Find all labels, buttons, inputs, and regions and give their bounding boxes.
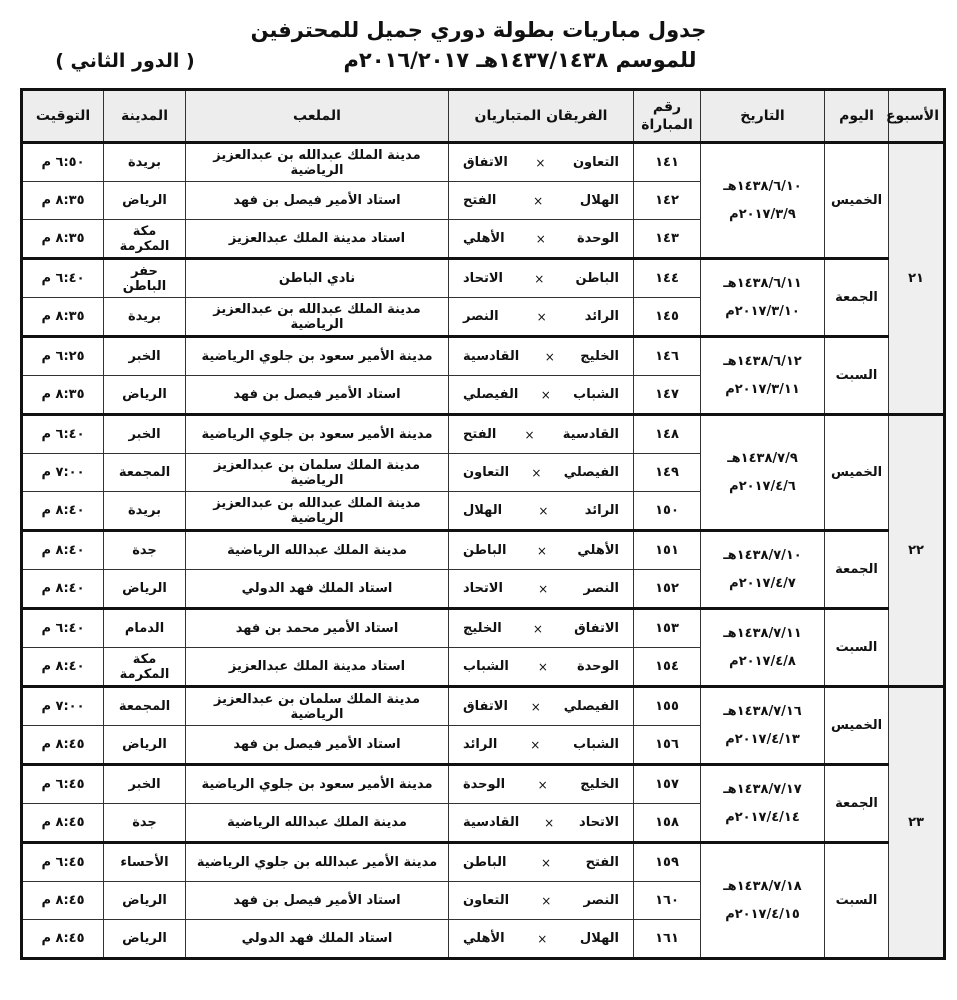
hijri-date: ١٤٣٨/٧/١١هـ (705, 620, 820, 648)
versus-icon: × (538, 504, 548, 518)
city: الأحساء (104, 843, 186, 882)
stadium: استاد الأمير فيصل بن فهد (186, 182, 449, 220)
col-day: اليوم (825, 90, 889, 143)
stadium: استاد مدينة الملك عبدالعزيز (186, 648, 449, 687)
gregorian-date: ٢٠١٧/٤/٦م (705, 473, 820, 501)
gregorian-date: ٢٠١٧/٣/٩م (705, 201, 820, 229)
home-team: النصر (583, 893, 619, 908)
hijri-date: ١٤٣٨/٧/١٠هـ (705, 542, 820, 570)
table-row: ٢١الخميس١٤٣٨/٦/١٠هـ٢٠١٧/٣/٩م١٤١التعاون×ا… (22, 143, 945, 182)
match-teams: الشباب×الرائد (449, 726, 634, 765)
day-name: السبت (825, 843, 889, 959)
week-number: ٢٣ (889, 687, 945, 959)
teams-wrapper: الاتفاق×الخليج (453, 621, 629, 636)
match-number: ١٤٣ (634, 220, 701, 259)
day-name: الخميس (825, 143, 889, 259)
hijri-date: ١٤٣٨/٧/١٨هـ (705, 873, 820, 901)
home-team: الأهلي (577, 543, 619, 558)
stadium: مدينة الملك عبدالله الرياضية (186, 804, 449, 843)
gregorian-date: ٢٠١٧/٤/١٣م (705, 726, 820, 754)
teams-wrapper: الرائد×الهلال (453, 503, 629, 518)
versus-icon: × (541, 388, 551, 402)
teams-wrapper: الرائد×النصر (453, 309, 629, 324)
versus-icon: × (535, 156, 545, 170)
stadium: مدينة الأمير سعود بن جلوي الرياضية (186, 415, 449, 454)
schedule-body: ٢١الخميس١٤٣٨/٦/١٠هـ٢٠١٧/٣/٩م١٤١التعاون×ا… (22, 143, 945, 959)
match-number: ١٤٦ (634, 337, 701, 376)
table-row: ٢٣الخميس١٤٣٨/٧/١٦هـ٢٠١٧/٤/١٣م١٥٥الفيصلي×… (22, 687, 945, 726)
home-team: الوحدة (577, 231, 619, 246)
versus-icon: × (541, 894, 551, 908)
kickoff-time: ٨:٤٠ م (22, 570, 104, 609)
table-row: ٢٢الخميس١٤٣٨/٧/٩هـ٢٠١٧/٤/٦م١٤٨القادسية×ا… (22, 415, 945, 454)
away-team: الفيصلي (463, 387, 518, 402)
hijri-date: ١٤٣٨/٦/١٢هـ (705, 348, 820, 376)
kickoff-time: ٦:٢٥ م (22, 337, 104, 376)
match-date: ١٤٣٨/٧/١٠هـ٢٠١٧/٤/٧م (701, 531, 825, 609)
match-teams: الفيصلي×التعاون (449, 454, 634, 492)
home-team: الرائد (585, 309, 619, 324)
match-date: ١٤٣٨/٧/١٧هـ٢٠١٧/٤/١٤م (701, 765, 825, 843)
home-team: الاتحاد (579, 815, 619, 830)
match-date: ١٤٣٨/٦/١٠هـ٢٠١٧/٣/٩م (701, 143, 825, 259)
teams-wrapper: القادسية×الفتح (453, 427, 629, 442)
away-team: الباطن (463, 543, 506, 558)
stadium: مدينة الملك سلمان بن عبدالعزيز الرياضية (186, 454, 449, 492)
city: بريدة (104, 298, 186, 337)
match-teams: النصر×الاتحاد (449, 570, 634, 609)
teams-wrapper: النصر×التعاون (453, 893, 629, 908)
city: بريدة (104, 143, 186, 182)
stadium: استاد الملك فهد الدولي (186, 920, 449, 959)
col-stadium: الملعب (186, 90, 449, 143)
versus-icon: × (525, 428, 535, 442)
hijri-date: ١٤٣٨/٧/١٦هـ (705, 698, 820, 726)
hijri-date: ١٤٣٨/٦/١١هـ (705, 270, 820, 298)
versus-icon: × (537, 932, 547, 946)
versus-icon: × (533, 194, 543, 208)
match-number: ١٦٠ (634, 882, 701, 920)
away-team: الشباب (463, 659, 509, 674)
hijri-date: ١٤٣٨/٧/١٧هـ (705, 776, 820, 804)
stadium: مدينة الملك عبدالله بن عبدالعزيز الرياضي… (186, 298, 449, 337)
gregorian-date: ٢٠١٧/٤/٨م (705, 648, 820, 676)
home-team: الاتفاق (574, 621, 619, 636)
kickoff-time: ٨:٤٠ م (22, 492, 104, 531)
away-team: الوحدة (463, 777, 505, 792)
match-number: ١٤٨ (634, 415, 701, 454)
home-team: الخليج (580, 349, 619, 364)
match-teams: الأهلي×الباطن (449, 531, 634, 570)
away-team: التعاون (463, 893, 509, 908)
stadium: استاد الأمير فيصل بن فهد (186, 882, 449, 920)
home-team: الهلال (580, 193, 619, 208)
kickoff-time: ٧:٠٠ م (22, 687, 104, 726)
col-time: التوقيت (22, 90, 104, 143)
versus-icon: × (537, 544, 547, 558)
city: الخبر (104, 765, 186, 804)
teams-wrapper: الباطن×الاتحاد (453, 271, 629, 286)
match-teams: الفتح×الباطن (449, 843, 634, 882)
away-team: الفتح (463, 193, 496, 208)
stadium: مدينة الملك عبدالله بن عبدالعزيز الرياضي… (186, 143, 449, 182)
match-teams: الباطن×الاتحاد (449, 259, 634, 298)
teams-wrapper: الأهلي×الباطن (453, 543, 629, 558)
kickoff-time: ٦:٤٥ م (22, 765, 104, 804)
match-number: ١٤٥ (634, 298, 701, 337)
match-teams: الوحدة×الأهلي (449, 220, 634, 259)
city: الرياض (104, 882, 186, 920)
kickoff-time: ٦:٤٠ م (22, 259, 104, 298)
versus-icon: × (534, 272, 544, 286)
teams-wrapper: الاتحاد×القادسية (453, 815, 629, 830)
match-teams: الخليج×الوحدة (449, 765, 634, 804)
city: حفر الباطن (104, 259, 186, 298)
stadium: استاد مدينة الملك عبدالعزيز (186, 220, 449, 259)
kickoff-time: ٦:٤٠ م (22, 609, 104, 648)
home-team: الشباب (573, 737, 619, 752)
away-team: الفتح (463, 427, 496, 442)
match-teams: الاتحاد×القادسية (449, 804, 634, 843)
stadium: مدينة الأمير عبدالله بن جلوي الرياضية (186, 843, 449, 882)
stadium: نادي الباطن (186, 259, 449, 298)
away-team: الخليج (463, 621, 502, 636)
stadium: مدينة الأمير سعود بن جلوي الرياضية (186, 765, 449, 804)
versus-icon: × (530, 738, 540, 752)
header-row: الأسبوع اليوم التاريخ رقمالمباراة الفريق… (22, 90, 945, 143)
day-name: السبت (825, 609, 889, 687)
versus-icon: × (531, 700, 541, 714)
match-date: ١٤٣٨/٧/١٨هـ٢٠١٧/٤/١٥م (701, 843, 825, 959)
match-teams: القادسية×الفتح (449, 415, 634, 454)
match-number: ١٥٨ (634, 804, 701, 843)
day-name: الجمعة (825, 531, 889, 609)
kickoff-time: ٨:٣٥ م (22, 220, 104, 259)
versus-icon: × (531, 466, 541, 480)
stadium: مدينة الملك عبدالله بن عبدالعزيز الرياضي… (186, 492, 449, 531)
city: جدة (104, 531, 186, 570)
table-row: الجمعة١٤٣٨/٧/١٠هـ٢٠١٧/٤/٧م١٥١الأهلي×البا… (22, 531, 945, 570)
city: مكة المكرمة (104, 220, 186, 259)
versus-icon: × (538, 778, 548, 792)
versus-icon: × (545, 350, 555, 364)
season-subtitle: للموسم ١٤٣٧/١٤٣٨هـ ٢٠١٦/٢٠١٧م (230, 48, 810, 72)
kickoff-time: ٨:٤٠ م (22, 648, 104, 687)
kickoff-time: ٨:٤٥ م (22, 920, 104, 959)
versus-icon: × (538, 582, 548, 596)
home-team: الفيصلي (564, 699, 619, 714)
away-team: الهلال (463, 503, 502, 518)
teams-wrapper: الشباب×الفيصلي (453, 387, 629, 402)
home-team: الباطن (576, 271, 619, 286)
away-team: الاتفاق (463, 699, 508, 714)
table-row: الجمعة١٤٣٨/٧/١٧هـ٢٠١٧/٤/١٤م١٥٧الخليج×الو… (22, 765, 945, 804)
table-row: الجمعة١٤٣٨/٦/١١هـ٢٠١٧/٣/١٠م١٤٤الباطن×الا… (22, 259, 945, 298)
away-team: الأهلي (463, 931, 505, 946)
versus-icon: × (537, 310, 547, 324)
match-teams: الفيصلي×الاتفاق (449, 687, 634, 726)
away-team: الاتفاق (463, 155, 508, 170)
versus-icon: × (533, 622, 543, 636)
home-team: النصر (583, 581, 619, 596)
day-name: الخميس (825, 415, 889, 531)
match-number: ١٤٧ (634, 376, 701, 415)
city: مكة المكرمة (104, 648, 186, 687)
teams-wrapper: الوحدة×الأهلي (453, 231, 629, 246)
teams-wrapper: الفتح×الباطن (453, 855, 629, 870)
col-teams: الفريقان المتباريان (449, 90, 634, 143)
teams-wrapper: الخليج×الوحدة (453, 777, 629, 792)
versus-icon: × (538, 660, 548, 674)
city: الرياض (104, 376, 186, 415)
document-title: جدول مباريات بطولة دوري جميل للمحترفين (0, 18, 957, 42)
away-team: الباطن (463, 855, 506, 870)
stadium: استاد الأمير فيصل بن فهد (186, 376, 449, 415)
match-teams: الرائد×النصر (449, 298, 634, 337)
gregorian-date: ٢٠١٧/٣/١١م (705, 376, 820, 404)
gregorian-date: ٢٠١٧/٣/١٠م (705, 298, 820, 326)
match-date: ١٤٣٨/٦/١٢هـ٢٠١٧/٣/١١م (701, 337, 825, 415)
stadium: مدينة الملك سلمان بن عبدالعزيز الرياضية (186, 687, 449, 726)
kickoff-time: ٨:٤٥ م (22, 804, 104, 843)
stadium: استاد الأمير فيصل بن فهد (186, 726, 449, 765)
kickoff-time: ٨:٣٥ م (22, 376, 104, 415)
kickoff-time: ٨:٤٥ م (22, 726, 104, 765)
home-team: التعاون (573, 155, 619, 170)
round-label: ( الدور الثاني ) (40, 50, 210, 72)
city: الرياض (104, 726, 186, 765)
col-match-no-line2: المباراة (638, 116, 696, 134)
week-number: ٢٢ (889, 415, 945, 687)
match-number: ١٥٠ (634, 492, 701, 531)
city: الرياض (104, 182, 186, 220)
home-team: الرائد (585, 503, 619, 518)
match-date: ١٤٣٨/٧/١١هـ٢٠١٧/٤/٨م (701, 609, 825, 687)
match-number: ١٥٩ (634, 843, 701, 882)
gregorian-date: ٢٠١٧/٤/٧م (705, 570, 820, 598)
kickoff-time: ٦:٥٠ م (22, 143, 104, 182)
kickoff-time: ٨:٤٥ م (22, 882, 104, 920)
match-teams: الاتفاق×الخليج (449, 609, 634, 648)
col-date: التاريخ (701, 90, 825, 143)
versus-icon: × (541, 856, 551, 870)
away-team: النصر (463, 309, 499, 324)
stadium: استاد الملك فهد الدولي (186, 570, 449, 609)
match-teams: الهلال×الفتح (449, 182, 634, 220)
teams-wrapper: الهلال×الأهلي (453, 931, 629, 946)
stadium: مدينة الملك عبدالله الرياضية (186, 531, 449, 570)
city: الخبر (104, 415, 186, 454)
city: المجمعة (104, 454, 186, 492)
away-team: الاتحاد (463, 581, 503, 596)
table-row: السبت١٤٣٨/٧/١٨هـ٢٠١٧/٤/١٥م١٥٩الفتح×الباط… (22, 843, 945, 882)
match-number: ١٥٥ (634, 687, 701, 726)
match-teams: التعاون×الاتفاق (449, 143, 634, 182)
home-team: الخليج (580, 777, 619, 792)
day-name: السبت (825, 337, 889, 415)
teams-wrapper: الفيصلي×التعاون (453, 465, 629, 480)
match-teams: الهلال×الأهلي (449, 920, 634, 959)
away-team: الأهلي (463, 231, 505, 246)
gregorian-date: ٢٠١٧/٤/١٥م (705, 901, 820, 929)
match-teams: الوحدة×الشباب (449, 648, 634, 687)
away-team: القادسية (463, 349, 519, 364)
match-number: ١٥١ (634, 531, 701, 570)
home-team: الفتح (586, 855, 619, 870)
table-row: السبت١٤٣٨/٦/١٢هـ٢٠١٧/٣/١١م١٤٦الخليج×القا… (22, 337, 945, 376)
day-name: الخميس (825, 687, 889, 765)
home-team: الهلال (580, 931, 619, 946)
gregorian-date: ٢٠١٧/٤/١٤م (705, 804, 820, 832)
city: جدة (104, 804, 186, 843)
match-number: ١٥٦ (634, 726, 701, 765)
city: الرياض (104, 920, 186, 959)
city: الرياض (104, 570, 186, 609)
teams-wrapper: الهلال×الفتح (453, 193, 629, 208)
teams-wrapper: الوحدة×الشباب (453, 659, 629, 674)
match-date: ١٤٣٨/٧/١٦هـ٢٠١٧/٤/١٣م (701, 687, 825, 765)
versus-icon: × (536, 232, 546, 246)
hijri-date: ١٤٣٨/٧/٩هـ (705, 445, 820, 473)
teams-wrapper: الفيصلي×الاتفاق (453, 699, 629, 714)
away-team: الاتحاد (463, 271, 503, 286)
kickoff-time: ٨:٤٠ م (22, 531, 104, 570)
away-team: القادسية (463, 815, 519, 830)
match-number: ١٤٩ (634, 454, 701, 492)
day-name: الجمعة (825, 765, 889, 843)
home-team: القادسية (563, 427, 619, 442)
match-number: ١٤٤ (634, 259, 701, 298)
away-team: التعاون (463, 465, 509, 480)
home-team: الوحدة (577, 659, 619, 674)
stadium: استاد الأمير محمد بن فهد (186, 609, 449, 648)
match-number: ١٤٢ (634, 182, 701, 220)
kickoff-time: ٨:٣٥ م (22, 298, 104, 337)
stadium: مدينة الأمير سعود بن جلوي الرياضية (186, 337, 449, 376)
city: المجمعة (104, 687, 186, 726)
hijri-date: ١٤٣٨/٦/١٠هـ (705, 173, 820, 201)
match-date: ١٤٣٨/٦/١١هـ٢٠١٧/٣/١٠م (701, 259, 825, 337)
teams-wrapper: التعاون×الاتفاق (453, 155, 629, 170)
home-team: الفيصلي (564, 465, 619, 480)
table-row: السبت١٤٣٨/٧/١١هـ٢٠١٧/٤/٨م١٥٣الاتفاق×الخل… (22, 609, 945, 648)
teams-wrapper: النصر×الاتحاد (453, 581, 629, 596)
col-week: الأسبوع (889, 90, 945, 143)
kickoff-time: ٦:٤٠ م (22, 415, 104, 454)
day-name: الجمعة (825, 259, 889, 337)
match-number: ١٤١ (634, 143, 701, 182)
kickoff-time: ٦:٤٥ م (22, 843, 104, 882)
kickoff-time: ٧:٠٠ م (22, 454, 104, 492)
match-number: ١٥٧ (634, 765, 701, 804)
match-teams: الخليج×القادسية (449, 337, 634, 376)
match-teams: الرائد×الهلال (449, 492, 634, 531)
match-number: ١٥٢ (634, 570, 701, 609)
city: الخبر (104, 337, 186, 376)
match-date: ١٤٣٨/٧/٩هـ٢٠١٧/٤/٦م (701, 415, 825, 531)
week-number: ٢١ (889, 143, 945, 415)
away-team: الرائد (463, 737, 497, 752)
schedule-table: الأسبوع اليوم التاريخ رقمالمباراة الفريق… (20, 88, 946, 960)
match-number: ١٥٣ (634, 609, 701, 648)
match-teams: الشباب×الفيصلي (449, 376, 634, 415)
teams-wrapper: الخليج×القادسية (453, 349, 629, 364)
city: بريدة (104, 492, 186, 531)
col-match-no-line1: رقم (638, 98, 696, 116)
col-match-no: رقمالمباراة (634, 90, 701, 143)
match-teams: النصر×التعاون (449, 882, 634, 920)
versus-icon: × (544, 816, 554, 830)
teams-wrapper: الشباب×الرائد (453, 737, 629, 752)
city: الدمام (104, 609, 186, 648)
match-number: ١٦١ (634, 920, 701, 959)
kickoff-time: ٨:٣٥ م (22, 182, 104, 220)
col-city: المدينة (104, 90, 186, 143)
match-number: ١٥٤ (634, 648, 701, 687)
home-team: الشباب (573, 387, 619, 402)
